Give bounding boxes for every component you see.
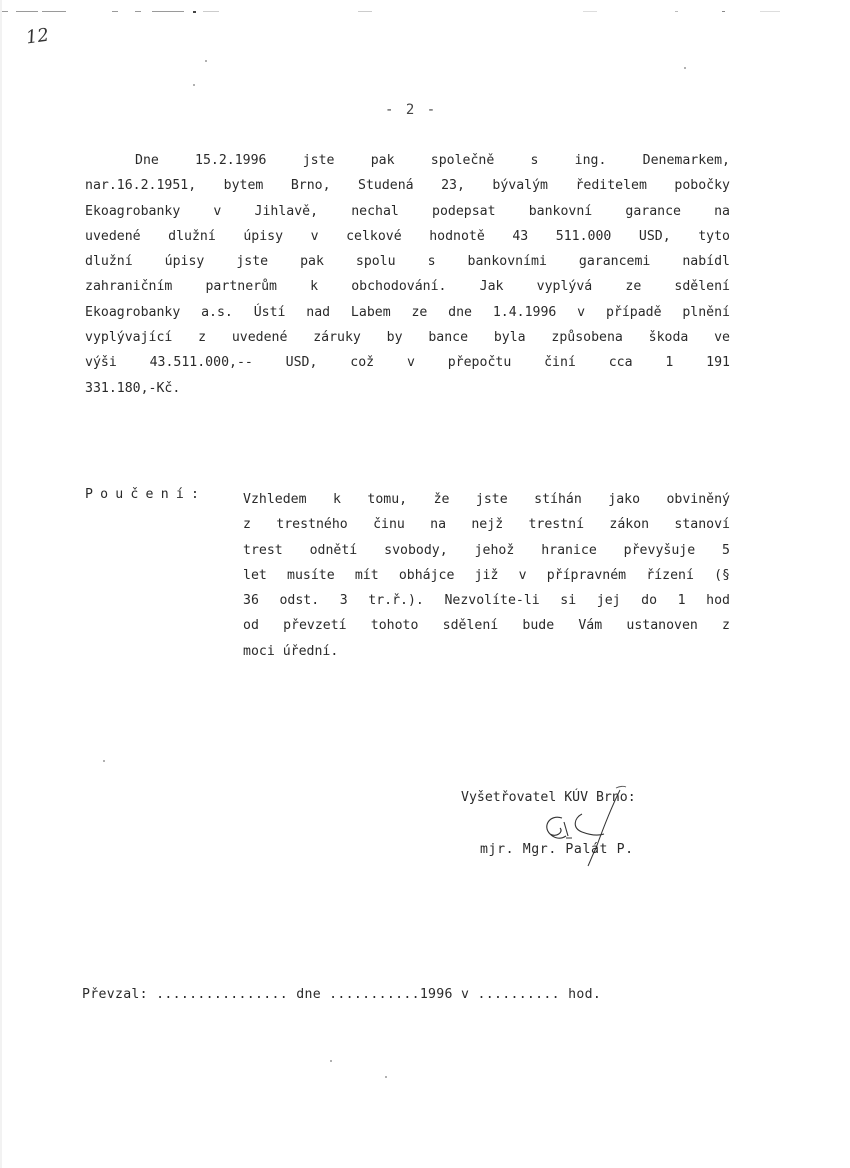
folio-number: 12 [25,25,51,49]
notice-line: Vzhledem k tomu, že jste stíhán jako obv… [243,487,730,512]
paragraph-line: Ekoagrobanky a.s. Ústí nad Labem ze dne … [85,300,730,325]
paragraph-line: výši 43.511.000,-- USD, což v přepočtu č… [85,350,730,375]
paragraph-line: Dne 15.2.1996 jste pak společně s ing. D… [85,148,730,173]
scan-speck [385,1076,387,1078]
scan-speck [205,60,207,62]
scan-speck [103,760,105,762]
main-paragraph: Dne 15.2.1996 jste pak společně s ing. D… [85,148,730,401]
handwritten-signature [520,782,640,872]
notice-line: od převzetí tohoto sdělení bude Vám usta… [243,613,730,638]
notice-line: moci úřední. [243,639,730,664]
paragraph-line: vyplývající z uvedené záruky by bance by… [85,325,730,350]
scan-noise-top [0,8,850,14]
paragraph-line: dlužní úpisy jste pak spolu s bankovními… [85,249,730,274]
paragraph-line: nar.16.2.1951, bytem Brno, Studená 23, b… [85,173,730,198]
scan-edge [0,0,2,1168]
paragraph-line: uvedené dlužní úpisy v celkové hodnotě 4… [85,224,730,249]
scan-speck [684,67,686,69]
signatory-name: mjr. Mgr. Palát P. [480,842,634,857]
scan-speck [193,84,195,86]
paragraph-line: 331.180,-Kč. [85,376,730,401]
notice-line: let musíte mít obhájce již v přípravném … [243,563,730,588]
notice-body: Vzhledem k tomu, že jste stíhán jako obv… [243,487,730,664]
notice-line: z trestného činu na nejž trestní zákon s… [243,512,730,537]
page-number: - 2 - [385,102,437,118]
notice-line: 36 odst. 3 tr.ř.). Nezvolíte-li si jej d… [243,588,730,613]
notice-label: Poučení: [85,487,206,502]
notice-line: trest odnětí svobody, jehož hranice přev… [243,538,730,563]
paragraph-line: zahraničním partnerům k obchodování. Jak… [85,274,730,299]
receipt-line: Převzal: ................ dne ..........… [82,987,601,1002]
scan-speck [330,1060,332,1062]
paragraph-line: Ekoagrobanky v Jihlavě, nechal podepsat … [85,199,730,224]
